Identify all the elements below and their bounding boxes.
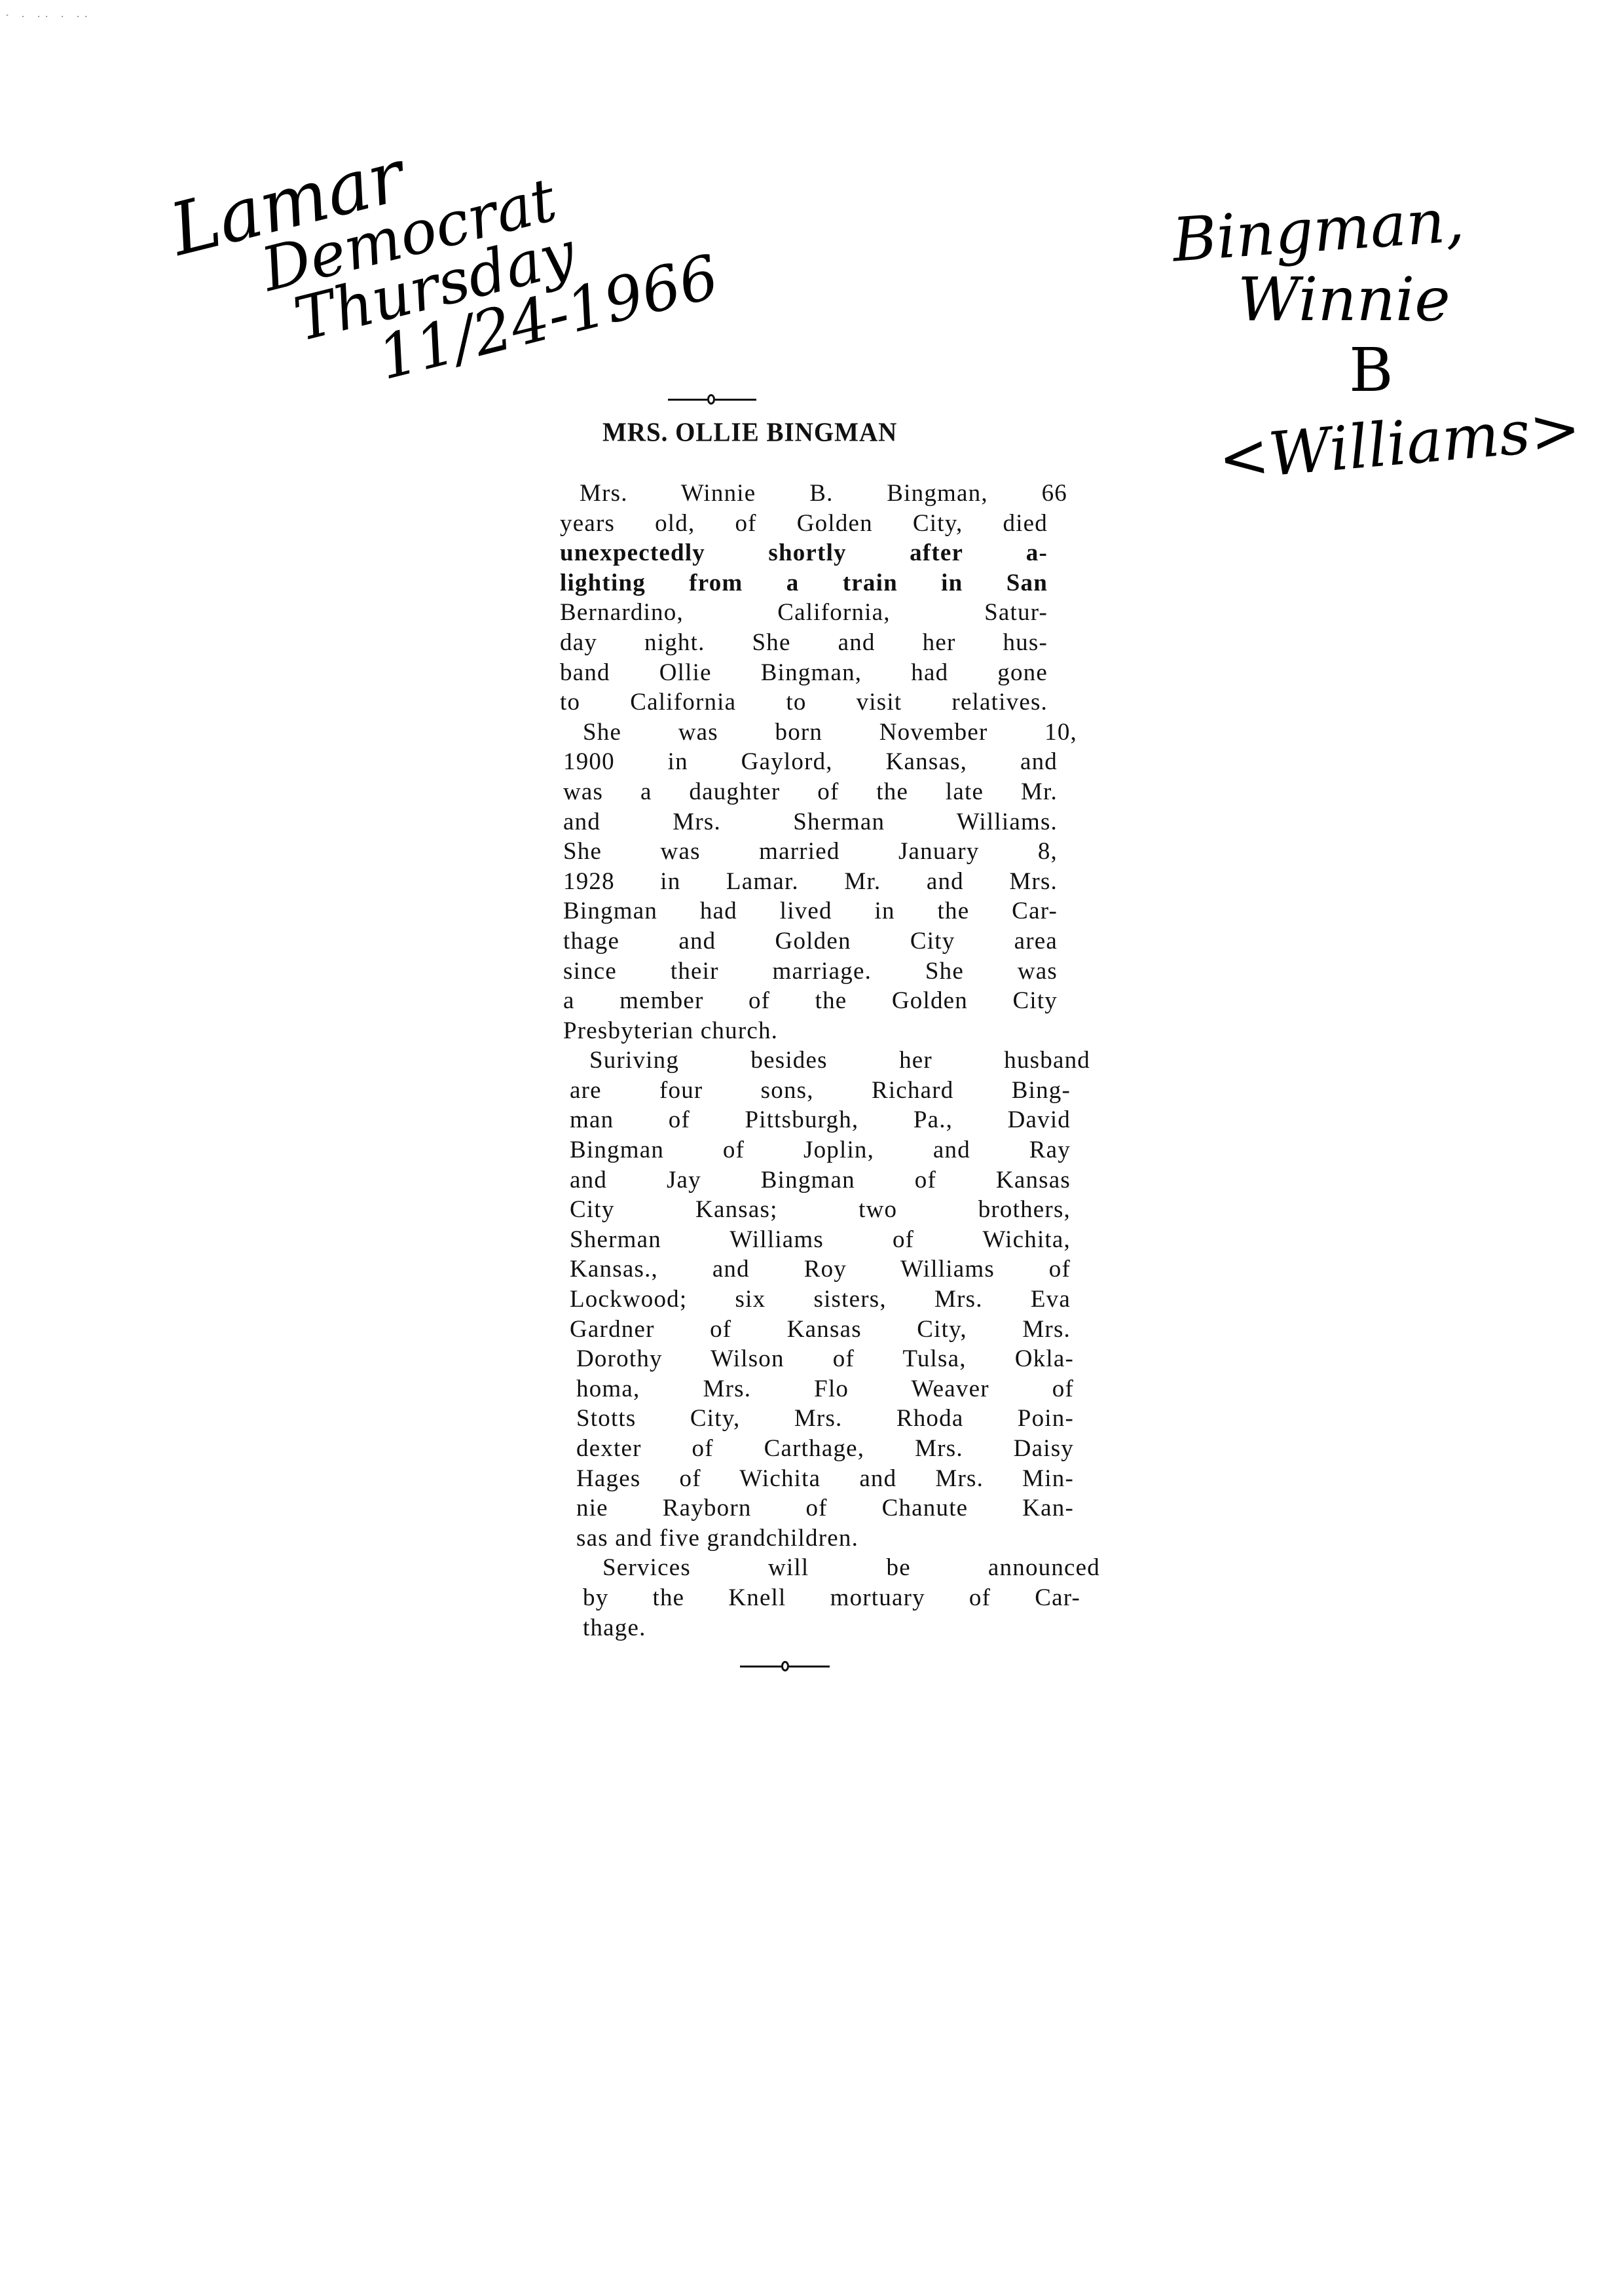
text-line: and Jay Bingman of Kansas — [570, 1165, 1071, 1195]
text-line: Suriving besides her husband — [570, 1046, 1090, 1076]
text-line: sas and five grandchildren. — [576, 1523, 1074, 1554]
text-line: day night. She and her hus- — [560, 628, 1048, 658]
text-line: Presbyterian church. — [563, 1016, 1058, 1046]
text-line: Hages of Wichita and Mrs. Min- — [576, 1464, 1074, 1494]
divider-ornament — [740, 1660, 828, 1673]
text-line: Mrs. Winnie B. Bingman, 66 — [560, 479, 1067, 509]
text-line: nie Rayborn of Chanute Kan- — [576, 1493, 1074, 1523]
text-line: since their marriage. She was — [563, 957, 1058, 987]
text-line: Kansas., and Roy Williams of — [570, 1254, 1071, 1285]
ring-icon — [707, 394, 715, 405]
text-line: band Ollie Bingman, had gone — [560, 658, 1048, 688]
text-line: Gardner of Kansas City, Mrs. — [570, 1315, 1071, 1345]
divider-ornament — [668, 393, 756, 406]
handwritten-source-note: Lamar Democrat Thursday 11/24-1966 — [164, 71, 724, 430]
text-line: homa, Mrs. Flo Weaver of — [576, 1374, 1074, 1404]
text-line: Stotts City, Mrs. Rhoda Poin- — [576, 1404, 1074, 1434]
text-line: Bingman had lived in the Car- — [563, 896, 1058, 926]
paragraph: Suriving besides her husband are four so… — [560, 1046, 1077, 1553]
handwritten-line: B — [1349, 340, 1581, 401]
text-line: She was married January 8, — [563, 837, 1058, 867]
text-line: 1928 in Lamar. Mr. and Mrs. — [563, 867, 1058, 897]
text-line: to California to visit relatives. — [560, 687, 1048, 718]
text-line: Sherman Williams of Wichita, — [570, 1225, 1071, 1255]
text-line: by the Knell mortuary of Car- — [583, 1583, 1080, 1613]
text-line: Bingman of Joplin, and Ray — [570, 1135, 1071, 1165]
paragraph: Mrs. Winnie B. Bingman, 66 years old, of… — [560, 479, 1077, 718]
text-line: lighting from a train in San — [560, 568, 1048, 598]
text-line: years old, of Golden City, died — [560, 509, 1048, 539]
text-line: 1900 in Gaylord, Kansas, and — [563, 747, 1058, 777]
text-line: Lockwood; six sisters, Mrs. Eva — [570, 1285, 1071, 1315]
handwritten-line: Winnie — [1238, 270, 1581, 330]
ring-icon — [781, 1661, 789, 1671]
text-line: a member of the Golden City — [563, 986, 1058, 1016]
text-line: unexpectedly shortly after a- — [560, 538, 1048, 568]
scan-artifact: - . .. . .. — [5, 12, 92, 19]
text-line: man of Pittsburgh, Pa., David — [570, 1105, 1071, 1135]
paragraph: She was born November 10, 1900 in Gaylor… — [560, 718, 1077, 1046]
text-line: She was born November 10, — [563, 718, 1077, 748]
handwritten-line: <Williams> — [1216, 398, 1583, 490]
text-line: Services will be announced — [583, 1553, 1100, 1583]
paragraph: Services will be announced by the Knell … — [560, 1553, 1077, 1643]
handwritten-name-note: Bingman, Winnie B <Williams> — [1153, 196, 1581, 474]
text-line: Bernardino, California, Satur- — [560, 598, 1048, 628]
obituary-clipping: MRS. OLLIE BINGMAN Mrs. Winnie B. Bingma… — [560, 393, 1077, 1673]
text-line: thage and Golden City area — [563, 926, 1058, 957]
text-line: thage. — [583, 1613, 1080, 1643]
obituary-body: Mrs. Winnie B. Bingman, 66 years old, of… — [560, 479, 1077, 1643]
text-line: and Mrs. Sherman Williams. — [563, 807, 1058, 837]
text-line: was a daughter of the late Mr. — [563, 777, 1058, 807]
text-line: are four sons, Richard Bing- — [570, 1076, 1071, 1106]
text-line: dexter of Carthage, Mrs. Daisy — [576, 1434, 1074, 1464]
obituary-headline: MRS. OLLIE BINGMAN — [602, 417, 1077, 448]
handwritten-line: Bingman, — [1171, 182, 1583, 270]
text-line: City Kansas; two brothers, — [570, 1195, 1071, 1225]
text-line: Dorothy Wilson of Tulsa, Okla- — [576, 1344, 1074, 1374]
